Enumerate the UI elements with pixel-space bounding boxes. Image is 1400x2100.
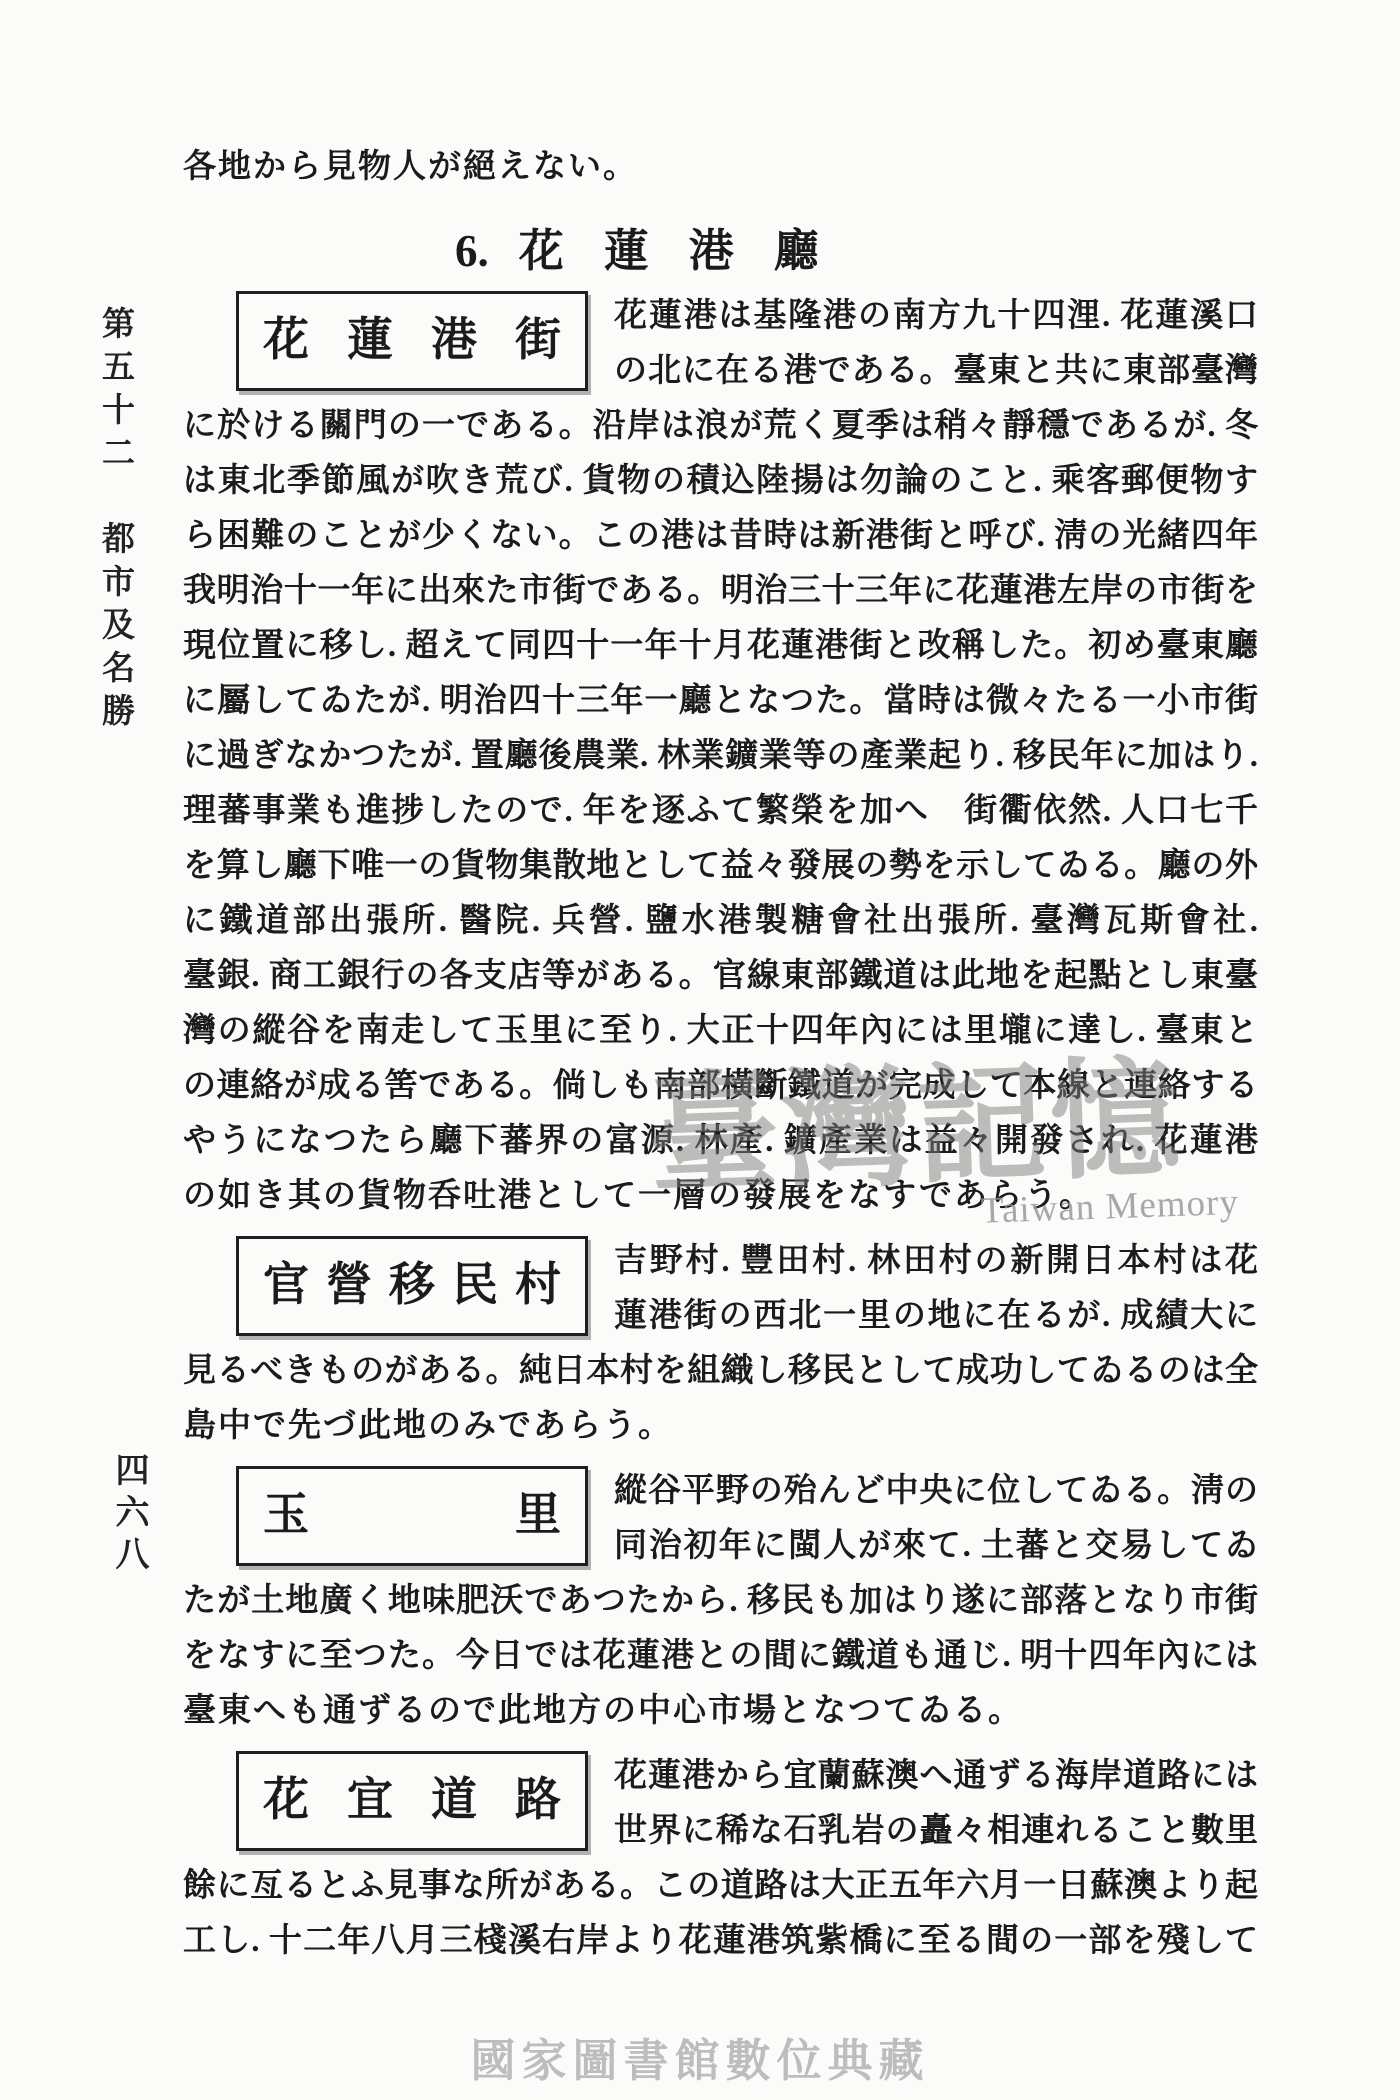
- text-column: 各地から見物人が絕えない。 6. 花蓮港廳 花蓮港街 花蓮港は基隆港の南方九十四…: [183, 140, 1258, 1979]
- text-line: 現位置に移し. 超えて同四十一年十月花蓮港街と改稱した。初め臺東廳: [183, 619, 1258, 674]
- text-line: ら困難のことが少くない。この港は昔時は新港街と呼び. 淸の光緒四年: [183, 509, 1258, 564]
- text-line: を算し廳下唯一の貨物集散地として益々發展の勢を示してゐる。廳の外: [183, 839, 1258, 894]
- text-line: 見るべきものがある。純日本村を組織し移民として成功してゐるのは全: [183, 1344, 1258, 1399]
- text-line: に屬してゐたが. 明治四十三年一廳となつた。當時は微々たる一小市街: [183, 674, 1258, 729]
- text-line: の連絡が成る筈である。倘しも南部橫斷鐵道が完成して本線と連絡する: [183, 1059, 1258, 1114]
- text-line: 臺東へも通ずるので此地方の中心市場となつてゐる。: [183, 1684, 1258, 1739]
- text-line: は東北季節風が吹き荒び. 貨物の積込陸揚は勿論のこと. 乘客郵便物す: [183, 454, 1258, 509]
- section-heading: 6. 花蓮港廳: [455, 221, 1258, 281]
- watermark-national-library: 國家圖書館數位典藏: [0, 2024, 1400, 2089]
- margin-chapter-label: 第五十二 都市及名勝: [92, 306, 139, 736]
- text-line: 臺銀. 商工銀行の各支店等がある。官線東部鐵道は此地を起點とし東臺: [183, 949, 1258, 1004]
- text-line: に過ぎなかつたが. 置廳後農業. 林業鑛業等の產業起り. 移民年に加はり.: [183, 729, 1258, 784]
- entry-box: 花蓮港街: [236, 291, 588, 391]
- text-line: の如き其の貨物呑吐港として一層の發展をなすであらう。: [183, 1169, 1258, 1224]
- text-line: 我明治十一年に出來た市街である。明治三十三年に花蓮港左岸の市街を: [183, 564, 1258, 619]
- entry-kagi-road: 花宜道路 花蓮港から宜蘭蘇澳へ通ずる海岸道路には 世界に稀な石乳岩の矗々相連れる…: [183, 1749, 1258, 1969]
- entry-box: 花宜道路: [236, 1751, 588, 1851]
- entry-box-label: 花宜道路: [239, 1754, 585, 1846]
- text-line: に於ける關門の一である。沿岸は浪が荒く夏季は稍々靜穩であるが. 冬: [183, 399, 1258, 454]
- entry-tamazato: 玉里 縱谷平野の殆んど中央に位してゐる。淸の 同治初年に閩人が來て. 土蕃と交易…: [183, 1464, 1258, 1739]
- text-line: をなすに至つた。今日では花蓮港との間に鐵道も通じ. 明十四年內には: [183, 1629, 1258, 1684]
- text-line: やうになつたら廳下蕃界の富源. 林產. 鑛產業は益々開發され. 花蓮港: [183, 1114, 1258, 1169]
- margin-page-number: 四六八: [104, 1452, 153, 1578]
- text-line: 島中で先づ此地のみであらう。: [183, 1399, 1258, 1454]
- text-line: 餘に亙るとふ見事な所がある。この道路は大正五年六月一日蘇澳より起: [183, 1859, 1258, 1914]
- entry-box-label: 官營移民村: [239, 1239, 585, 1331]
- intro-line: 各地から見物人が絕えない。: [183, 140, 1258, 195]
- text-line: たが土地廣く地味肥沃であつたから. 移民も加はり遂に部落となり市街: [183, 1574, 1258, 1629]
- text-line: 灣の縱谷を南走して玉里に至り. 大正十四年內には里壠に達し. 臺東と: [183, 1004, 1258, 1059]
- scan-page: 第五十二 都市及名勝 四六八 各地から見物人が絕えない。 6. 花蓮港廳 花蓮港…: [0, 0, 1400, 2100]
- entry-karenko-street: 花蓮港街 花蓮港は基隆港の南方九十四浬. 花蓮溪口 の北に在る港である。臺東と共…: [183, 289, 1258, 1224]
- entry-box: 官營移民村: [236, 1236, 588, 1336]
- text-line: に鐵道部出張所. 醫院. 兵營. 鹽水港製糖會社出張所. 臺灣瓦斯會社.: [183, 894, 1258, 949]
- section-number: 6.: [455, 221, 489, 281]
- entry-government-immigrant-villages: 官營移民村 吉野村. 豐田村. 林田村の新開日本村は花 蓮港街の西北一里の地に在…: [183, 1234, 1258, 1454]
- entry-box: 玉里: [236, 1466, 588, 1566]
- entry-box-label: 玉里: [239, 1469, 585, 1561]
- text-line: 理蕃事業も進捗したので. 年を逐ふて繁榮を加へ 街衢依然. 人口七千: [183, 784, 1258, 839]
- entry-box-label: 花蓮港街: [239, 294, 585, 386]
- section-title: 花蓮港廳: [519, 221, 859, 281]
- text-line: 工し. 十二年八月三棧溪右岸より花蓮港筑紫橋に至る間の一部を殘して: [183, 1914, 1258, 1969]
